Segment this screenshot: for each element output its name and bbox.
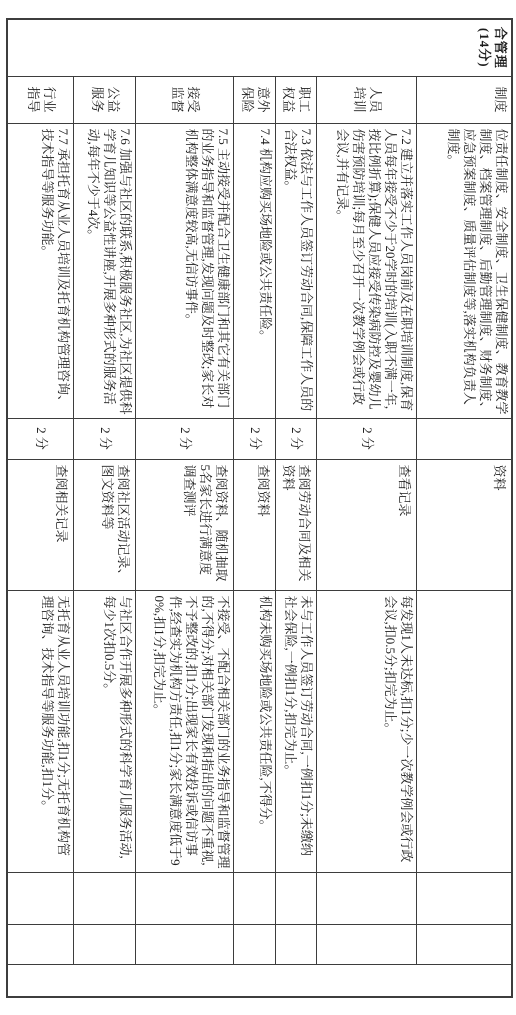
empty-cell (234, 924, 276, 964)
row-score: 2 分 (234, 418, 276, 459)
row-method: 查阅社区活动记录、图文资料等 (74, 459, 136, 590)
row-score: 2 分 (7, 418, 74, 459)
evaluation-table: 合管理 (14分) 制度 位责任制度、安全制度、卫生保健制度、教育教学制度、档案… (6, 18, 513, 998)
row-label: 公益服务 (74, 76, 136, 123)
table-row: 公益服务 7.6 加强与社区的联系,积极服务社区,为社区提供科学育儿知识等公益性… (74, 19, 136, 997)
row-criteria: 7.6 加强与社区的联系,积极服务社区,为社区提供科学育儿知识等公益性讲座,开展… (74, 123, 136, 418)
row-score: 2 分 (136, 418, 234, 459)
row-criteria: 位责任制度、安全制度、卫生保健制度、教育教学制度、档案管理制度、后勤管理制度、财… (417, 123, 512, 418)
table-row: 人员培训 7.2 建立并落实工作人员岗前及在职培训制度,保育人员每年接受不少于2… (317, 19, 417, 997)
row-criteria: 7.7 承担托育从业人员培训及托育机构管理咨询、技术指导等服务功能。 (7, 123, 74, 418)
section-header-score: (14分) (476, 22, 492, 74)
row-criteria: 7.2 建立并落实工作人员岗前及在职培训制度,保育人员每年接受不少于20学时的培… (317, 123, 417, 418)
table-row: 合管理 (14分) 制度 位责任制度、安全制度、卫生保健制度、教育教学制度、档案… (417, 19, 512, 997)
row-method: 查看记录 (317, 459, 417, 590)
row-label: 行业指导 (7, 76, 74, 123)
row-method: 查阅资料、随机抽取5名家长进行满意度调查测评 (136, 459, 234, 590)
empty-cell (136, 872, 234, 924)
section-header-title: 合管理 (492, 22, 508, 74)
empty-cell (417, 872, 512, 924)
empty-cell (234, 872, 276, 924)
row-method: 查阅资料 (234, 459, 276, 590)
row-method: 查阅劳动合同及相关资料 (276, 459, 317, 590)
row-rule: 无托育从业人员培训功能,扣1分;无托育机构管理咨询、技术指导等服务功能,扣1分。 (7, 590, 74, 872)
empty-cell (7, 872, 74, 924)
table-row: 行业指导 7.7 承担托育从业人员培训及托育机构管理咨询、技术指导等服务功能。 … (7, 19, 74, 997)
rotated-page-content: 合管理 (14分) 制度 位责任制度、安全制度、卫生保健制度、教育教学制度、档案… (0, 0, 516, 1015)
row-score: 2 分 (276, 418, 317, 459)
row-rule (417, 590, 512, 872)
empty-cell (74, 924, 136, 964)
empty-merged-cell (7, 964, 512, 997)
row-method: 查阅相关记录 (7, 459, 74, 590)
table-row: 意外保险 7.4 机构应购买场地险或公共责任险。 2 分 查阅资料 机构未购买场… (234, 19, 276, 997)
row-criteria: 7.3 依法与工作人员签订劳动合同,保障工作人员的合法权益。 (276, 123, 317, 418)
row-label: 制度 (417, 76, 512, 123)
row-rule: 未与工作人员签订劳动合同,一例扣1分;未缴纳社会保险,一例扣1分,扣完为止。 (276, 590, 317, 872)
row-score (417, 418, 512, 459)
empty-cell (276, 872, 317, 924)
empty-cell (276, 924, 317, 964)
row-label: 意外保险 (234, 76, 276, 123)
row-rule: 每发现1人未达标,扣1分;少一次教学例会或行政会议,扣0.5分;扣完为止。 (317, 590, 417, 872)
table-row: 职工权益 7.3 依法与工作人员签订劳动合同,保障工作人员的合法权益。 2 分 … (276, 19, 317, 997)
row-label: 接受监督 (136, 76, 234, 123)
row-score: 2 分 (74, 418, 136, 459)
document-page: 合管理 (14分) 制度 位责任制度、安全制度、卫生保健制度、教育教学制度、档案… (0, 0, 516, 1015)
row-rule: 机构未购买场地险或公共责任险,不得分。 (234, 590, 276, 872)
empty-cell (74, 872, 136, 924)
row-label: 职工权益 (276, 76, 317, 123)
empty-cell (317, 924, 417, 964)
row-score: 2 分 (317, 418, 417, 459)
empty-cell (136, 924, 234, 964)
section-header-cell: 合管理 (14分) (7, 19, 512, 76)
empty-cell (417, 924, 512, 964)
row-criteria: 7.4 机构应购买场地险或公共责任险。 (234, 123, 276, 418)
empty-cell (7, 924, 74, 964)
row-label: 人员培训 (317, 76, 417, 123)
row-criteria: 7.5 主动接受并配合卫生健康部门和其它有关部门的业务指导和监督管理,发现问题及… (136, 123, 234, 418)
table-row: 接受监督 7.5 主动接受并配合卫生健康部门和其它有关部门的业务指导和监督管理,… (136, 19, 234, 997)
row-rule: 不接受、不配合相关部门的业务指导和监督管理的,不得分;对相关部门发现和指出的问题… (136, 590, 234, 872)
row-rule: 与社区合作开展多种形式的科学育儿服务活动,每少1次扣0.5分。 (74, 590, 136, 872)
empty-cell (317, 872, 417, 924)
row-method: 资料 (417, 459, 512, 590)
